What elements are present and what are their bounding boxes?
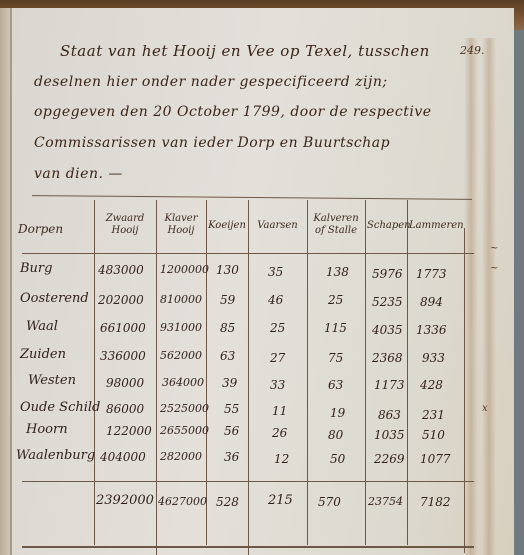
col-rule <box>94 200 95 545</box>
col-rule <box>407 200 408 545</box>
row-lammeren: 510 <box>422 428 445 442</box>
col-header-klaver-hooij: Klaver Hooij <box>158 213 204 237</box>
row-dorp: Westen <box>28 373 76 388</box>
row-koeijen: 63 <box>220 349 235 363</box>
col-header-dorpen: Dorpen <box>18 223 88 235</box>
heading-line-4: Commissarissen van ieder Dorp en Buurtsc… <box>34 135 390 151</box>
col-rule <box>156 200 157 555</box>
row-koeijen: 59 <box>220 293 235 307</box>
row-koeijen: 130 <box>216 263 239 277</box>
col-header-vaarsen: Vaarsen <box>250 220 305 232</box>
row-kalveren: 25 <box>328 293 343 307</box>
row-schapen: 2269 <box>374 452 405 466</box>
row-lammeren: 428 <box>420 378 443 392</box>
row-koeijen: 56 <box>224 424 239 438</box>
row-zwaard-hooij: 336000 <box>100 349 146 363</box>
row-schapen: 5235 <box>372 295 403 309</box>
row-lammeren: 933 <box>422 351 445 365</box>
row-zwaard-hooij: 122000 <box>106 424 152 438</box>
row-kalveren: 19 <box>330 406 345 420</box>
row-vaarsen: 46 <box>268 293 283 307</box>
row-zwaard-hooij: 404000 <box>100 450 146 464</box>
col-rule <box>365 200 366 545</box>
total-lammeren: 7182 <box>420 495 451 509</box>
row-kalveren: 138 <box>326 265 349 279</box>
row-zwaard-hooij: 483000 <box>98 263 144 277</box>
row-vaarsen: 26 <box>272 426 287 440</box>
row-vaarsen: 27 <box>270 351 285 365</box>
total-zwaard-hooij: 2392000 <box>96 493 154 508</box>
row-schapen: 2368 <box>372 351 403 365</box>
row-lammeren: 231 <box>422 408 445 422</box>
row-vaarsen: 25 <box>270 321 285 335</box>
row-lammeren: 1773 <box>416 267 447 281</box>
stain <box>482 38 496 555</box>
row-schapen: 863 <box>378 408 401 422</box>
col-rule <box>206 200 207 545</box>
margin-mark: ~ <box>490 243 498 254</box>
total-koeijen: 528 <box>216 495 239 509</box>
row-schapen: 4035 <box>372 323 403 337</box>
col-header-schapen: Schapen <box>367 220 405 232</box>
heading-line-3: opgegeven den 20 October 1799, door de r… <box>34 104 432 120</box>
row-vaarsen: 12 <box>274 452 289 466</box>
row-zwaard-hooij: 202000 <box>98 293 144 307</box>
row-zwaard-hooij: 98000 <box>106 376 144 390</box>
row-dorp: Burg <box>20 261 52 276</box>
col-header-zwaard-hooij: Zwaard Hooij <box>96 213 154 237</box>
row-koeijen: 39 <box>222 376 237 390</box>
row-klaver-hooij: 2655000 <box>160 424 209 437</box>
row-lammeren: 894 <box>420 295 443 309</box>
row-klaver-hooij: 2525000 <box>160 402 209 415</box>
row-vaarsen: 33 <box>270 378 285 392</box>
col-header-kalveren: Kalveren of Stalle <box>309 213 363 237</box>
col-rule <box>464 228 465 553</box>
row-dorp: Zuiden <box>20 347 66 362</box>
row-klaver-hooij: 562000 <box>160 349 202 362</box>
row-dorp: Oude Schild <box>20 400 100 415</box>
stain <box>464 38 478 555</box>
row-schapen: 1173 <box>374 378 405 392</box>
row-kalveren: 115 <box>324 321 347 335</box>
row-koeijen: 85 <box>220 321 235 335</box>
heading-line-2: deselnen hier onder nader gespecificeerd… <box>34 74 388 90</box>
row-vaarsen: 35 <box>268 265 283 279</box>
row-klaver-hooij: 282000 <box>160 450 202 463</box>
heading-line-1: Staat van het Hooij en Vee op Texel, tus… <box>60 42 430 60</box>
row-kalveren: 75 <box>328 351 343 365</box>
row-zwaard-hooij: 86000 <box>106 402 144 416</box>
row-schapen: 5976 <box>372 267 403 281</box>
row-dorp: Waal <box>26 319 58 334</box>
margin-mark: ~ <box>490 263 498 274</box>
ledger-page: 249. Staat van het Hooij en Vee op Texel… <box>10 8 514 555</box>
total-schapen: 23754 <box>368 495 403 508</box>
row-klaver-hooij: 1200000 <box>160 263 209 276</box>
margin-mark: x <box>482 403 488 414</box>
row-klaver-hooij: 364000 <box>162 376 204 389</box>
row-klaver-hooij: 931000 <box>160 321 202 334</box>
row-lammeren: 1336 <box>416 323 447 337</box>
total-vaarsen: 215 <box>268 493 293 508</box>
row-kalveren: 63 <box>328 378 343 392</box>
row-lammeren: 1077 <box>420 452 451 466</box>
col-rule <box>307 200 308 545</box>
row-koeijen: 55 <box>224 402 239 416</box>
folio-number: 249. <box>460 44 485 57</box>
row-klaver-hooij: 810000 <box>160 293 202 306</box>
col-header-koeijen: Koeijen <box>208 220 246 232</box>
row-schapen: 1035 <box>374 428 405 442</box>
col-rule <box>248 200 249 555</box>
table-top-rule <box>32 195 472 200</box>
row-kalveren: 50 <box>330 452 345 466</box>
col-header-lammeren: Lammeren <box>409 220 463 232</box>
total-klaver-hooij: 4627000 <box>158 495 207 508</box>
heading-line-5: van dien. — <box>34 166 123 182</box>
row-koeijen: 36 <box>224 450 239 464</box>
row-dorp: Hoorn <box>26 422 68 437</box>
row-dorp: Oosterend <box>20 291 89 306</box>
row-dorp: Waalenburg <box>16 448 95 463</box>
row-kalveren: 80 <box>328 428 343 442</box>
row-zwaard-hooij: 661000 <box>100 321 146 335</box>
total-kalveren: 570 <box>318 495 341 509</box>
row-vaarsen: 11 <box>272 404 287 418</box>
